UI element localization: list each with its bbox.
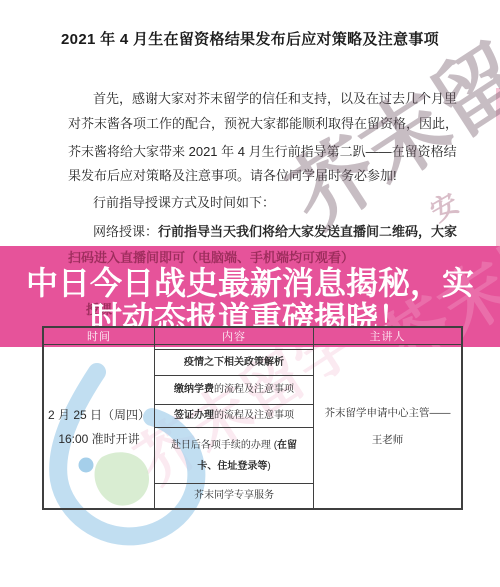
meme-document-page: 2021 年 4 月生在留资格结果发布后应对策略及注意事项 首先，感谢大家对芥末… <box>0 0 500 587</box>
content-text-bold: 签证办理 <box>174 410 214 421</box>
content-text: 赴日后各项手续的办理 ( <box>171 440 277 451</box>
time-line1: 2 月 25 日（周四） <box>44 403 154 427</box>
speaker-line2: 王老师 <box>314 427 461 454</box>
net-class-bold-text: 行前指导当天我们将给大家发送直播间二维码，大家 <box>158 224 457 239</box>
content-text-wrap: 赴日后各项手续的办理 (在留卡、住址登录等) <box>163 435 305 477</box>
content-cell: 疫情之下相关政策解析 <box>155 350 314 376</box>
right-edge-artifact <box>496 88 500 246</box>
content-text: 的流程及注意事项 <box>214 410 294 421</box>
table-header-time: 时间 <box>43 327 155 345</box>
content-cell: 赴日后各项手续的办理 (在留卡、住址登录等) <box>155 428 314 484</box>
doc-paragraph-line: 果发布后应对策略及注意事项。请各位同学届时务必参加! <box>68 165 448 184</box>
content-cell: 芥末同学专享服务 <box>155 484 314 510</box>
speaker-line1: 芥末留学申请中心主管—— <box>314 400 461 427</box>
table-header-content: 内容 <box>155 327 314 345</box>
doc-paragraph-line: 芥末酱将给大家带来 2021 年 4 月生行前指导第二趴——在留资格结 <box>68 141 448 160</box>
content-text: 的流程及注意事项 <box>214 384 294 395</box>
net-class-prefix: 网络授课： <box>93 224 158 239</box>
table-header-speaker: 主讲人 <box>314 327 463 345</box>
time-line2: 16:00 准时开讲 <box>44 427 154 451</box>
table-header-row: 时间 内容 主讲人 <box>43 327 462 345</box>
content-text-bold: 缴纳学费 <box>174 384 214 395</box>
content-text: 芥末同学专享服务 <box>194 490 274 501</box>
schedule-table: 时间 内容 主讲人 2 月 25 日（周四） 16:00 准时开讲 芥末留学申请… <box>42 326 463 510</box>
page-title: 2021 年 4 月生在留资格结果发布后应对策略及注意事项 <box>0 28 500 49</box>
doc-paragraph-line: 对芥末酱各项工作的配合，预祝大家都能顺利取得在留资格，因此， <box>68 113 448 132</box>
content-text: ) <box>267 461 270 472</box>
time-cell: 2 月 25 日（周四） 16:00 准时开讲 <box>43 345 155 510</box>
doc-paragraph-line: 首先，感谢大家对芥末留学的信任和支持，以及在过去几个月里 <box>93 88 473 107</box>
doc-paragraph-line: 行前指导授课方式及时间如下： <box>93 192 473 211</box>
content-cell: 签证办理的流程及注意事项 <box>155 405 314 428</box>
speaker-cell: 芥末留学申请中心主管—— 王老师 <box>314 345 463 510</box>
doc-paragraph-line: 网络授课：行前指导当天我们将给大家发送直播间二维码，大家 <box>93 221 457 240</box>
content-text-bold: 疫情之下相关政策解析 <box>184 357 284 368</box>
content-cell: 缴纳学费的流程及注意事项 <box>155 376 314 405</box>
